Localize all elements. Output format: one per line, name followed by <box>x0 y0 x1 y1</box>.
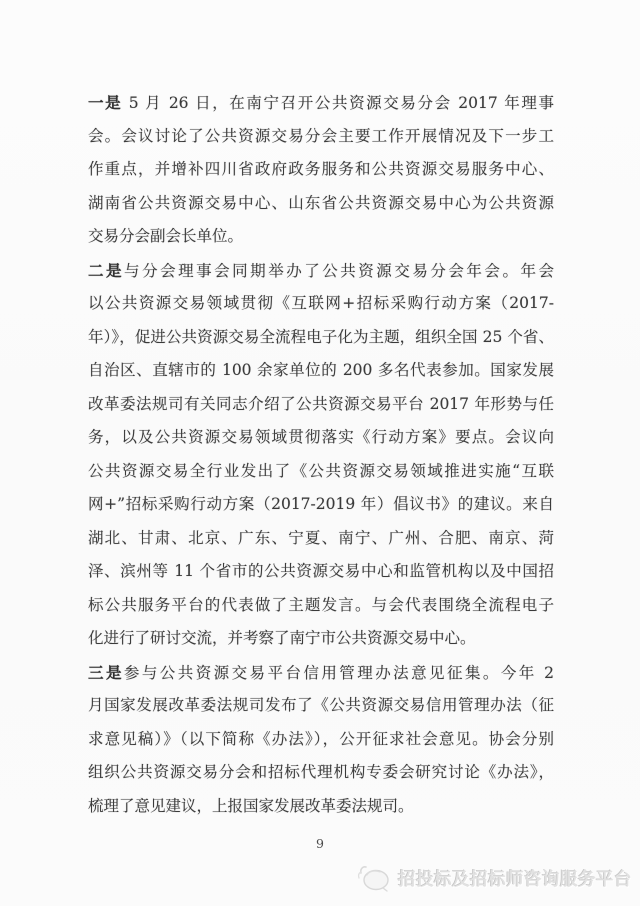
paragraph-line: 三是参与公共资源交易平台信用管理办法意见征集。今年 2 <box>88 656 554 690</box>
paragraph-line: 化进行了研讨交流，并考察了南宁市公共资源交易中心。 <box>88 622 554 656</box>
paragraph-line: 标公共服务平台的代表做了主题发言。与会代表围绕全流程电子 <box>88 589 554 623</box>
paragraph-line: 梳理了意见建议，上报国家发展改革委法规司。 <box>88 790 554 824</box>
paragraph-line-text: 参与公共资源交易平台信用管理办法意见征集。今年 2 <box>124 664 554 682</box>
paragraph-line: 一是 5 月 26 日，在南宁召开公共资源交易分会 2017 年理事 <box>88 86 554 120</box>
document-page: 一是 5 月 26 日，在南宁召开公共资源交易分会 2017 年理事 会。会议讨… <box>0 0 640 906</box>
paragraph-line-text: 与分会理事会同期举办了公共资源交易分会年会。年会 <box>124 262 554 280</box>
paragraph-lead: 二是 <box>88 261 124 280</box>
paragraph-line: 作重点，并增补四川省政府政务服务和公共资源交易服务中心、 <box>88 153 554 187</box>
platform-logo-icon <box>357 863 393 893</box>
paragraph-line: 公共资源交易全行业发出了《公共资源交易领域推进实施“互联 <box>88 455 554 489</box>
paragraph-line: 湖南省公共资源交易中心、山东省公共资源交易中心为公共资源 <box>88 187 554 221</box>
paragraph-line: 二是与分会理事会同期举办了公共资源交易分会年会。年会 <box>88 254 554 288</box>
paragraph-line: 组织公共资源交易分会和招标代理机构专委会研究讨论《办法》， <box>88 756 554 790</box>
paragraph-line: 湖北、甘肃、北京、广东、宁夏、南宁、广州、合肥、南京、菏 <box>88 522 554 556</box>
paragraph-line: 年）》，促进公共资源交易全流程电子化为主题，组织全国 25 个省、 <box>88 321 554 355</box>
paragraph-line: 务，以及公共资源交易领域贯彻落实《行动方案》要点。会议向 <box>88 421 554 455</box>
paragraph-line: 交易分会副会长单位。 <box>88 220 554 254</box>
paragraph-line: 网+”招标采购行动方案（2017-2019 年）倡议书》的建议。来自 <box>88 488 554 522</box>
paragraph-line: 月国家发展改革委法规司发布了《公共资源交易信用管理办法（征 <box>88 689 554 723</box>
body-text: 一是 5 月 26 日，在南宁召开公共资源交易分会 2017 年理事 会。会议讨… <box>88 86 554 823</box>
paragraph-line: 改革委法规司有关同志介绍了公共资源交易平台 2017 年形势与任 <box>88 388 554 422</box>
paragraph-line: 以公共资源交易领域贯彻《互联网+招标采购行动方案（2017-2019 <box>88 287 554 321</box>
watermark: 招投标及招标师咨询服务平台 <box>357 863 632 893</box>
paragraph-line: 自治区、直辖市的 100 余家单位的 200 多名代表参加。国家发展 <box>88 354 554 388</box>
paragraph-line: 泽、滨州等 11 个省市的公共资源交易中心和监管机构以及中国招 <box>88 555 554 589</box>
watermark-text: 招投标及招标师咨询服务平台 <box>398 866 632 891</box>
paragraph-lead: 三是 <box>88 663 124 682</box>
paragraph-line: 求意见稿）》（以下简称《办法》），公开征求社会意见。协会分别 <box>88 723 554 757</box>
paragraph-lead: 一是 <box>88 93 122 112</box>
page-number: 9 <box>0 836 640 851</box>
paragraph-line: 会。会议讨论了公共资源交易分会主要工作开展情况及下一步工 <box>88 120 554 154</box>
paragraph-line-text: 5 月 26 日，在南宁召开公共资源交易分会 2017 年理事 <box>122 94 554 112</box>
